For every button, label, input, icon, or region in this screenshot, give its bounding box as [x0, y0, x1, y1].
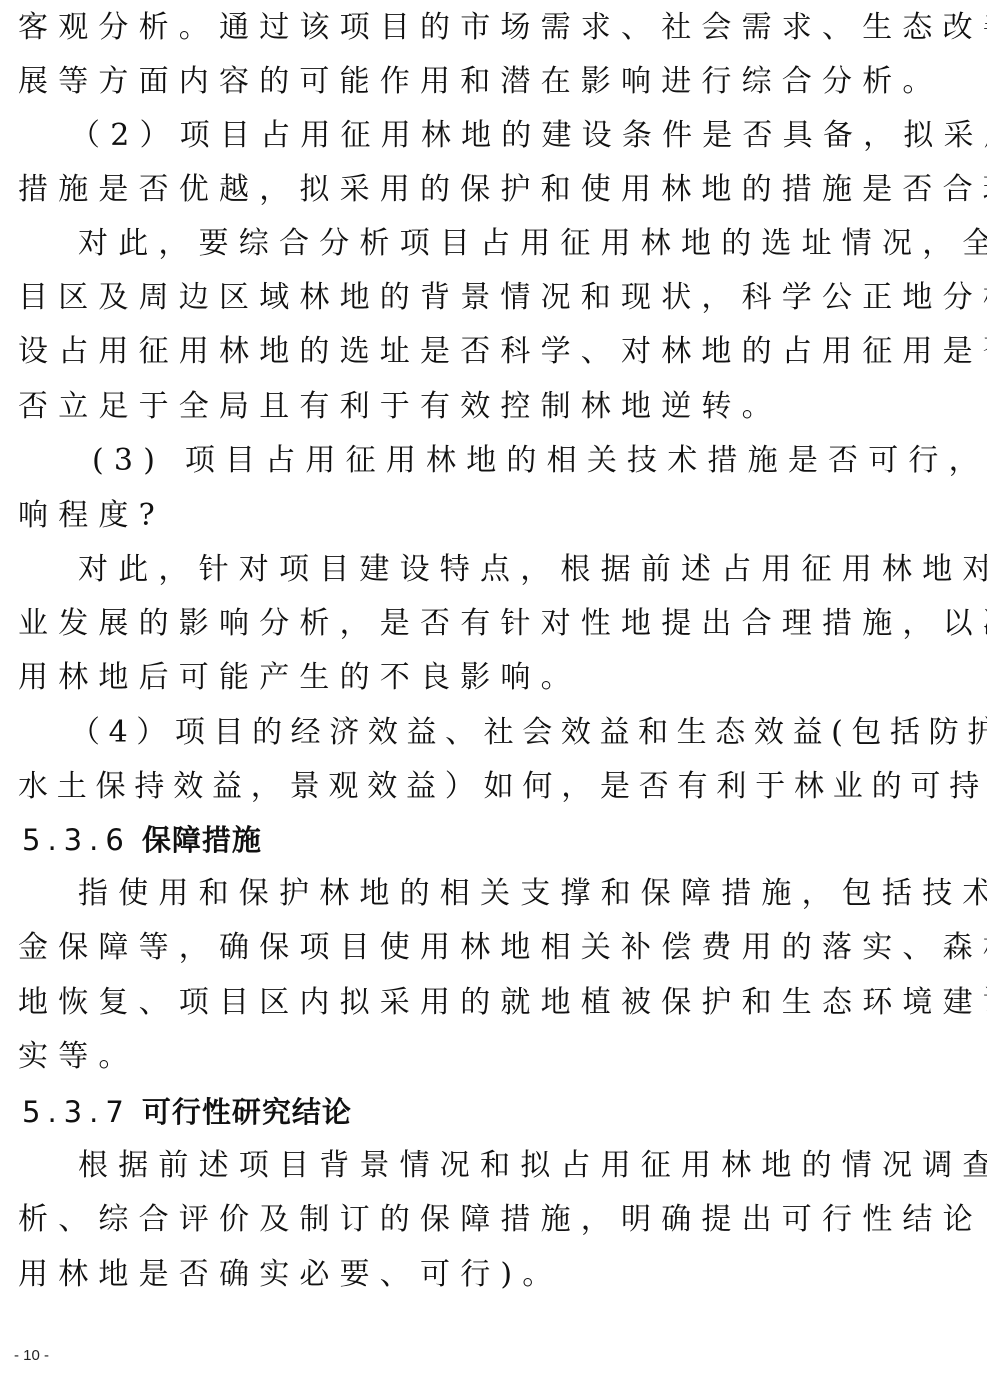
- section-title: 可行性研究结论: [142, 1095, 352, 1129]
- paragraph-line: 客观分析。通过该项目的市场需求、社会需求、生态改善和经济发: [18, 8, 918, 48]
- question-line: 措施是否优越，拟采用的保护和使用林地的措施是否合理?: [18, 170, 918, 210]
- paragraph-line: 对此，要综合分析项目占用征用林地的选址情况，全面对比项: [78, 224, 978, 264]
- section-title: 保障措施: [142, 823, 262, 857]
- paragraph-line: 根据前述项目背景情况和拟占用征用林地的情况调查、影响分: [78, 1146, 978, 1186]
- paragraph-line: 用林地是否确实必要、可行)。: [18, 1255, 918, 1295]
- section-number: 5.3.6: [22, 823, 131, 857]
- paragraph-line: 析、综合评价及制订的保障措施，明确提出可行性结论（即占用征: [18, 1200, 918, 1240]
- page-number: - 10 -: [14, 1346, 49, 1366]
- question-line: (3) 项目占用征用林地的相关技术措施是否可行，对环境的影: [92, 441, 987, 481]
- paragraph-line: 展等方面内容的可能作用和潜在影响进行综合分析。: [18, 62, 918, 102]
- paragraph-line: 业发展的影响分析，是否有针对性地提出合理措施，以减少占用征: [18, 604, 918, 644]
- paragraph-line: 否立足于全局且有利于有效控制林地逆转。: [18, 387, 918, 427]
- paragraph-line: 目区及周边区域林地的背景情况和现状，科学公正地分析该项目建: [18, 278, 918, 318]
- paragraph-line: 指使用和保护林地的相关支撑和保障措施，包括技术保障、资: [78, 874, 978, 914]
- paragraph-line: 金保障等，确保项目使用林地相关补偿费用的落实、森林植被的异: [18, 928, 918, 968]
- document-page: 客观分析。通过该项目的市场需求、社会需求、生态改善和经济发 展等方面内容的可能作…: [0, 0, 987, 1393]
- section-number: 5.3.7: [22, 1095, 131, 1129]
- question-line: （2）项目占用征用林地的建设条件是否具备，拟采用的建设: [70, 116, 970, 156]
- paragraph-line: 用林地后可能产生的不良影响。: [18, 658, 918, 698]
- question-line: 水土保持效益，景观效益）如何，是否有利于林业的可持续发展?: [18, 767, 918, 807]
- paragraph-line: 对此，针对项目建设特点，根据前述占用征用林地对环境和林: [78, 550, 978, 590]
- section-heading-5-3-6: 5.3.6 保障措施: [22, 820, 262, 860]
- question-line: 响程度?: [18, 496, 918, 536]
- question-line: （4）项目的经济效益、社会效益和生态效益(包括防护效益，: [70, 713, 970, 753]
- paragraph-line: 地恢复、项目区内拟采用的就地植被保护和生态环境建设措施的落: [18, 983, 918, 1023]
- paragraph-line: 设占用征用林地的选址是否科学、对林地的占用征用是否最小，是: [18, 332, 918, 372]
- section-heading-5-3-7: 5.3.7 可行性研究结论: [22, 1092, 352, 1132]
- paragraph-line: 实等。: [18, 1037, 918, 1077]
